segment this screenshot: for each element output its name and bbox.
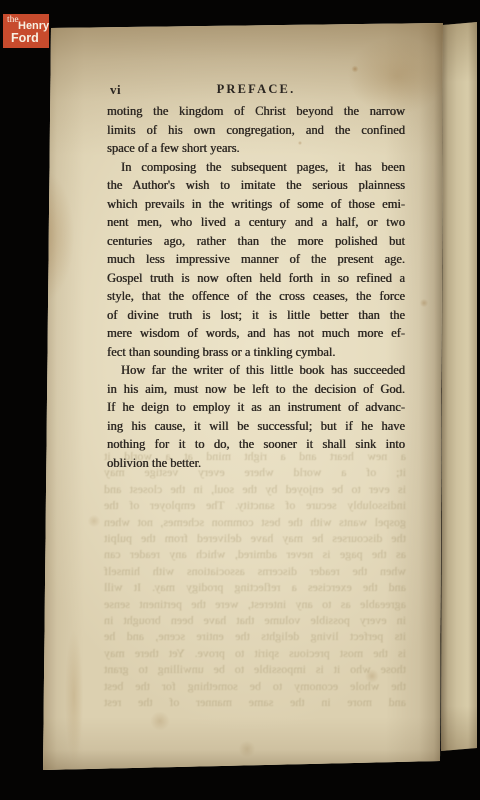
text-line: nent men, who lived a century and a half… (107, 213, 405, 232)
running-header: PREFACE. (217, 82, 296, 96)
scan-viewer: { "viewer": { "background_color": "#0504… (0, 0, 480, 800)
text-line: space of a few short years. (107, 139, 405, 158)
henry-ford-logo: the Henry Ford (3, 14, 49, 48)
text-line: the Author's wish to imitate the serious… (107, 176, 405, 195)
ghost-line: and more in the same manner of the rest (104, 694, 406, 710)
text-line: of divine truth is lost; it is little be… (107, 306, 405, 325)
text-line: If he deign to employ it as an instrumen… (107, 398, 405, 417)
ghost-line: the discourses he may have delivered fro… (104, 530, 406, 546)
page-text: moting the kingdom of Christ beyond the … (107, 102, 405, 472)
text-line: style, that the offence of the cross cea… (107, 287, 405, 306)
text-line: which prevails in the writings of some o… (107, 195, 405, 214)
text-line: much less impressive manner of the prese… (107, 250, 405, 269)
logo-text-ford: Ford (11, 32, 39, 45)
ghost-line: agreeable as to any interest, were the p… (104, 596, 406, 612)
ghost-line: a new heart and a right mind at a world … (104, 448, 406, 464)
ghost-line: it; of a world where every vestige may (104, 464, 406, 480)
text-line: How far the writer of this little book h… (107, 361, 405, 380)
text-line: ing his cause, it will be successful; bu… (107, 417, 405, 436)
ghost-line: is ever to be enjoyed by the soul, in th… (104, 481, 406, 497)
text-line: limits of his own congregation, and the … (107, 121, 405, 140)
text-line: mere wisdom of words, and has not much m… (107, 324, 405, 343)
ghost-line: and the exercises a reflecting prodigy m… (104, 579, 406, 595)
text-line: fect than sounding brass or a tinkling c… (107, 343, 405, 362)
text-line: centuries ago, rather than the more poli… (107, 232, 405, 251)
adjacent-page-edge (441, 22, 477, 751)
logo-text-the: the (7, 16, 19, 26)
scanned-book-page: vi PREFACE. moting the kingdom of Christ… (42, 21, 443, 772)
ghost-line: is the most precious spirit to prove. Ye… (104, 645, 406, 661)
ghost-line: indissolubly secure of sanctity. The emp… (104, 497, 406, 513)
running-header-row: vi PREFACE. (107, 82, 405, 98)
ghost-line: in every possible volume that have been … (104, 612, 406, 628)
page-number: vi (110, 82, 121, 98)
text-line: Gospel truth is now often held forth in … (107, 269, 405, 288)
ghost-line: the whole economy to be something for th… (104, 678, 406, 694)
ghost-line: those who it is impossible to be unwilli… (104, 661, 406, 677)
text-line: In composing the subsequent pages, it ha… (107, 158, 405, 177)
ghost-line: when the reader discerns associations wi… (104, 563, 406, 579)
text-line: moting the kingdom of Christ beyond the … (107, 102, 405, 121)
ghost-line: gospel wants with the best common scheme… (104, 514, 406, 530)
text-line: in his aim, must now be left to the deci… (107, 380, 405, 399)
ghost-line: as the page is never admired, which any … (104, 546, 406, 562)
ghost-line: its perfect living delights the entire s… (104, 628, 406, 644)
bleedthrough-text: a new heart and a right mind at a world … (104, 448, 406, 711)
